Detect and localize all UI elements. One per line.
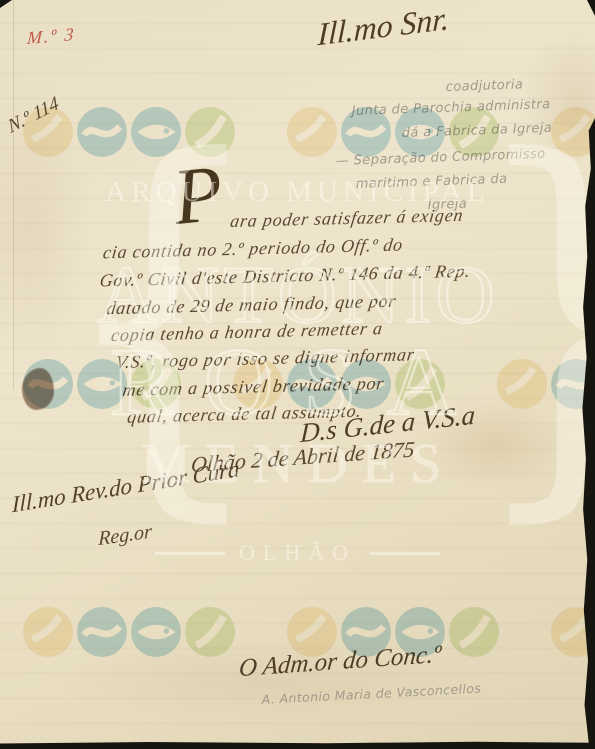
- svg-text:MENDES: MENDES: [140, 433, 454, 495]
- svg-text:ROSA: ROSA: [109, 328, 485, 435]
- decorative-initial: P: [170, 153, 227, 238]
- watermark-mendes: MENDES: [98, 430, 498, 498]
- ink-blot: [22, 368, 54, 410]
- red-archive-reference: M.º 3: [26, 24, 76, 49]
- pencil-note-coadjutoria: coadjutoria: [445, 77, 523, 95]
- paper-crease: [13, 0, 14, 390]
- watermark-rosa: ROSA: [83, 326, 513, 436]
- scanned-letter-page: M.º 3 Ill.mo Snr. N.º 114 coadjutoria Ju…: [0, 0, 595, 749]
